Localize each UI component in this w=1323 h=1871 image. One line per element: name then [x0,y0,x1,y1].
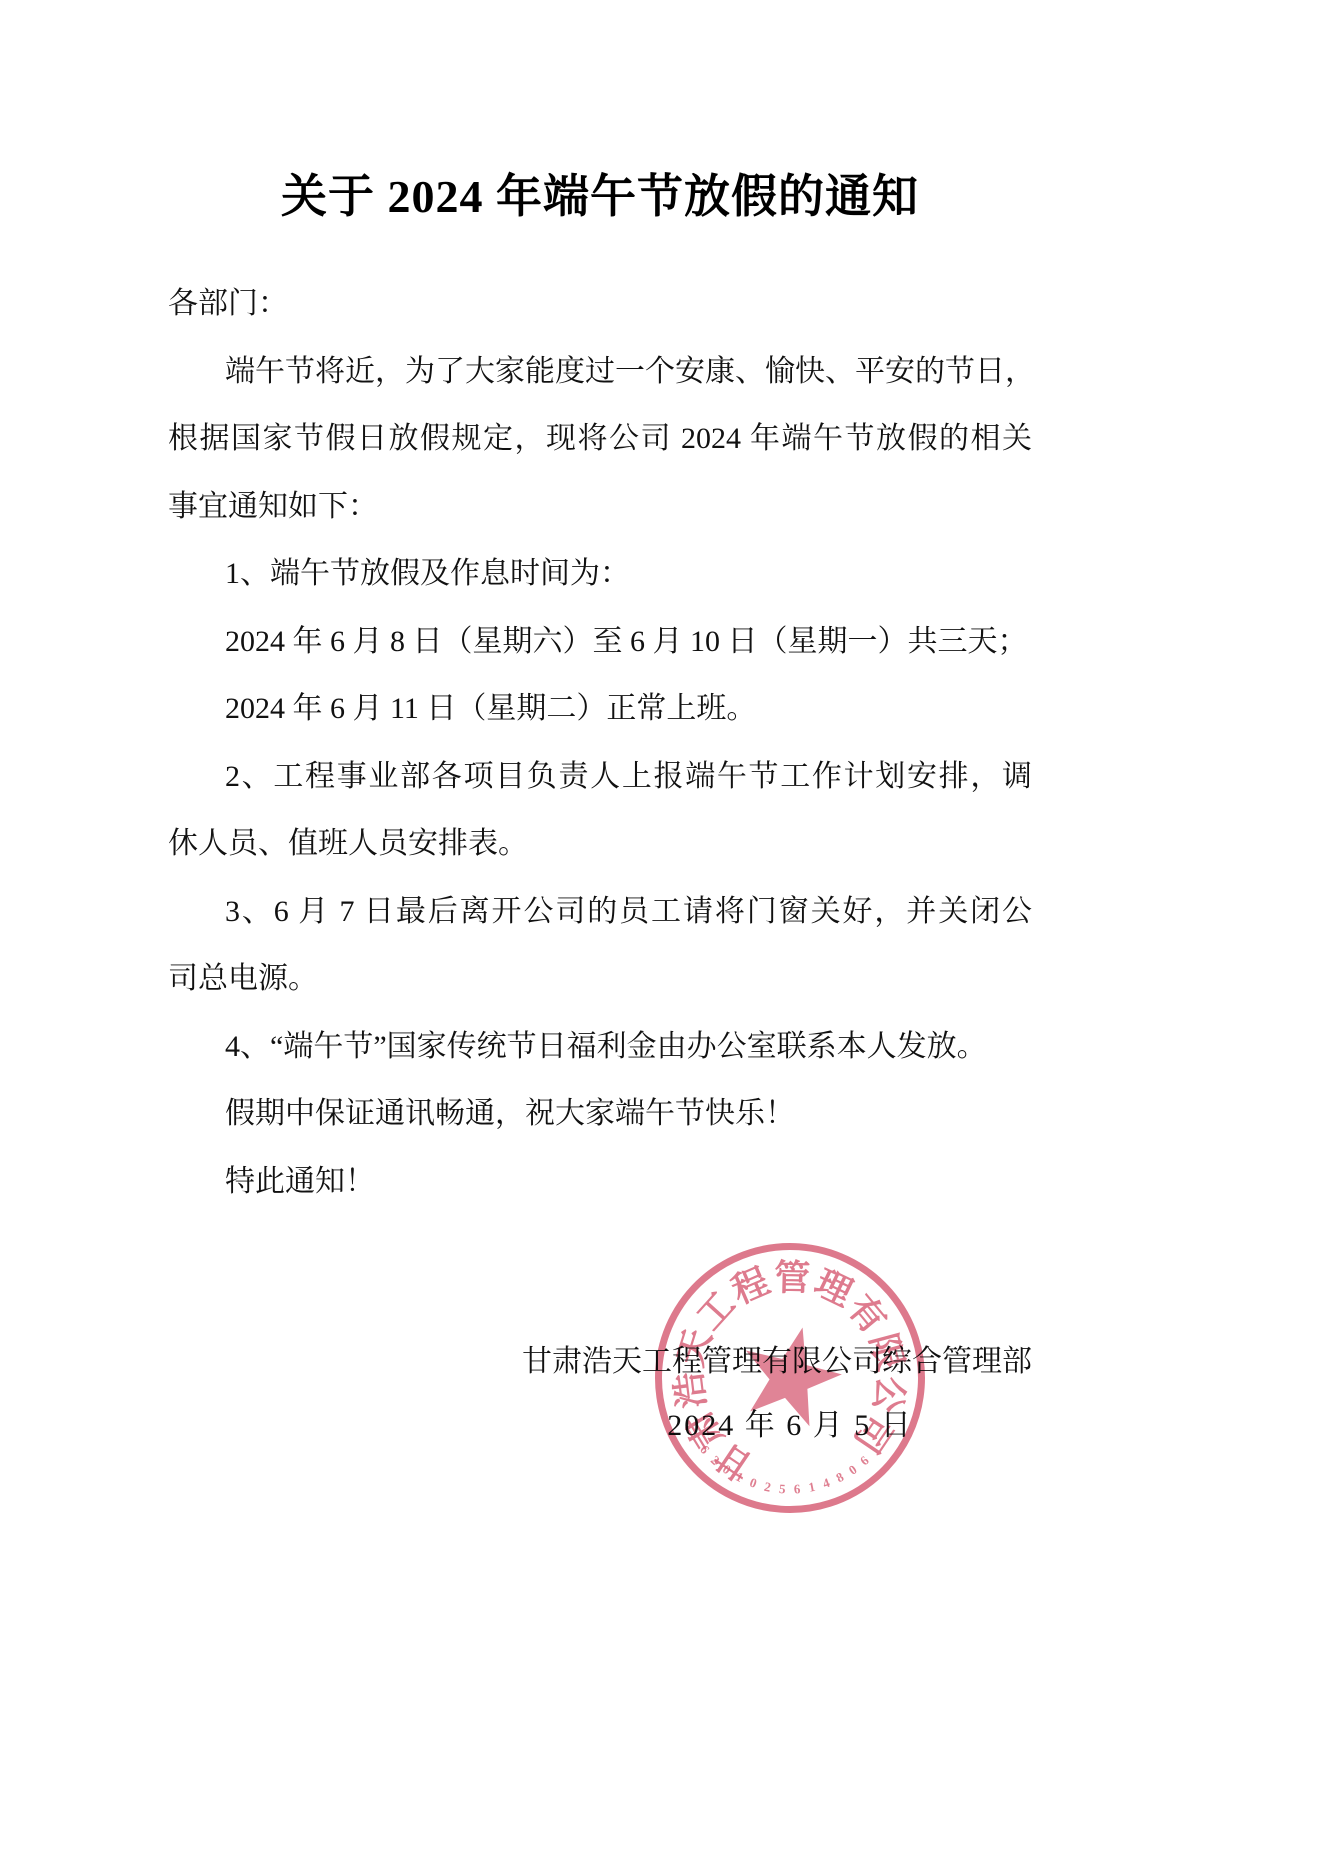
page-title: 关于 2024 年端午节放假的通知 [168,163,1032,231]
body-line: 各部门： [168,270,1032,338]
body-line: 1、端午节放假及作息时间为： [168,540,1032,608]
svg-text:浩: 浩 [669,1370,713,1411]
svg-text:5: 5 [778,1481,786,1496]
body-line: 4、“端午节”国家传统节日福利金由办公室联系本人发放。 [168,1013,1032,1081]
notice-body: 各部门： 端午节将近，为了大家能度过一个安康、愉快、平安的节日， 根据国家节假日… [168,270,1032,1215]
body-line: 事宜通知如下： [168,473,1032,541]
company-seal-stamp: 甘肃浩天工程管理有限公司 6201025614806 [643,1231,938,1526]
svg-text:管: 管 [774,1258,811,1299]
svg-text:8: 8 [834,1469,847,1486]
body-line: 3、6 月 7 日最后离开公司的员工请将门窗关好，并关闭公 [168,878,1032,946]
body-line: 假期中保证通讯畅通，祝大家端午节快乐！ [168,1080,1032,1148]
svg-text:司: 司 [846,1408,899,1460]
body-line: 2024 年 6 月 8 日（星期六）至 6 月 10 日（星期一）共三天； [168,608,1032,676]
seal-star-icon [741,1324,845,1429]
svg-text:0: 0 [846,1462,860,1478]
body-line: 司总电源。 [168,945,1032,1013]
svg-text:6: 6 [857,1452,872,1468]
body-line: 2024 年 6 月 11 日（星期二）正常上班。 [168,675,1032,743]
svg-text:4: 4 [821,1475,833,1491]
body-line: 2、工程事业部各项目负责人上报端午节工作计划安排，调 [168,743,1032,811]
notice-document-page: 关于 2024 年端午节放假的通知 各部门： 端午节将近，为了大家能度过一个安康… [0,0,1323,1871]
body-line: 特此通知！ [168,1148,1032,1216]
svg-text:2: 2 [763,1479,772,1495]
svg-text:6: 6 [793,1481,801,1496]
svg-text:公: 公 [866,1373,911,1415]
svg-text:限: 限 [863,1329,911,1374]
svg-text:1: 1 [807,1479,816,1495]
svg-text:0: 0 [748,1475,759,1491]
body-line: 休人员、值班人员安排表。 [168,810,1032,878]
body-line: 端午节将近，为了大家能度过一个安康、愉快、平安的节日， [168,338,1032,406]
body-line: 根据国家节假日放假规定，现将公司 2024 年端午节放假的相关 [168,405,1032,473]
